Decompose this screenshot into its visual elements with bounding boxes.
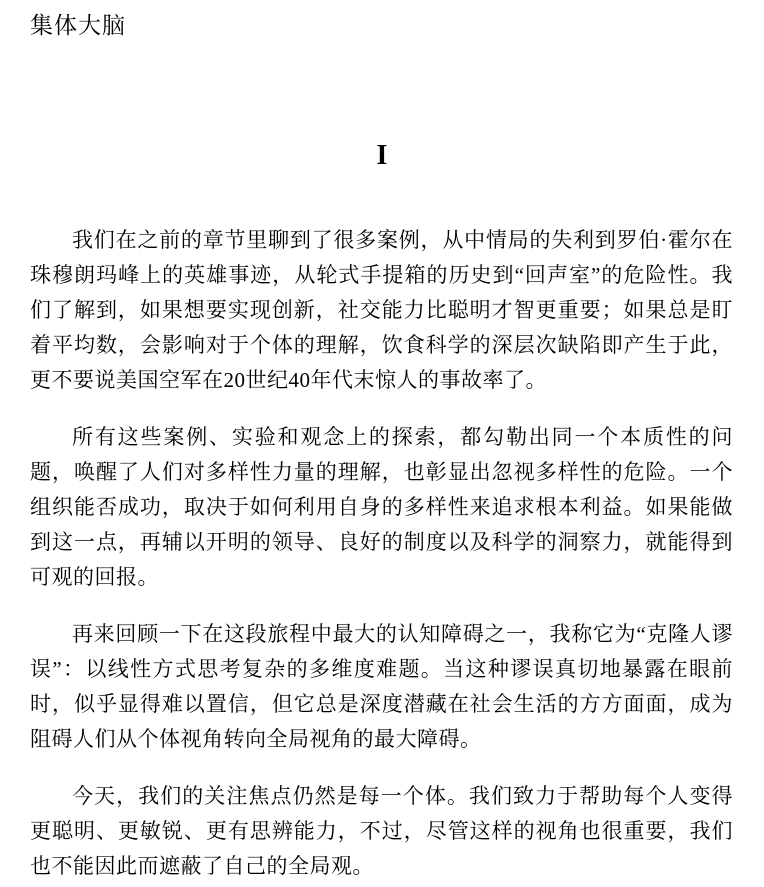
paragraph: 再来回顾一下在这段旅程中最大的认知障碍之一，我称它为“克隆人谬误”：以线性方式思… (30, 617, 733, 757)
document-page: 集体大脑 I 我们在之前的章节里聊到了很多案例，从中情局的失利到罗伯·霍尔在珠穆… (0, 0, 764, 887)
paragraph: 所有这些案例、实验和观念上的探索，都勾勒出同一个本质性的问题，唤醒了人们对多样性… (30, 420, 733, 595)
body-text: 我们在之前的章节里聊到了很多案例，从中情局的失利到罗伯·霍尔在珠穆朗玛峰上的英雄… (0, 223, 764, 884)
section-heading: I (0, 139, 764, 172)
running-header: 集体大脑 (0, 0, 764, 40)
paragraph: 我们在之前的章节里聊到了很多案例，从中情局的失利到罗伯·霍尔在珠穆朗玛峰上的英雄… (30, 223, 733, 398)
paragraph: 今天，我们的关注焦点仍然是每一个体。我们致力于帮助每个人变得更聪明、更敏锐、更有… (30, 779, 733, 884)
